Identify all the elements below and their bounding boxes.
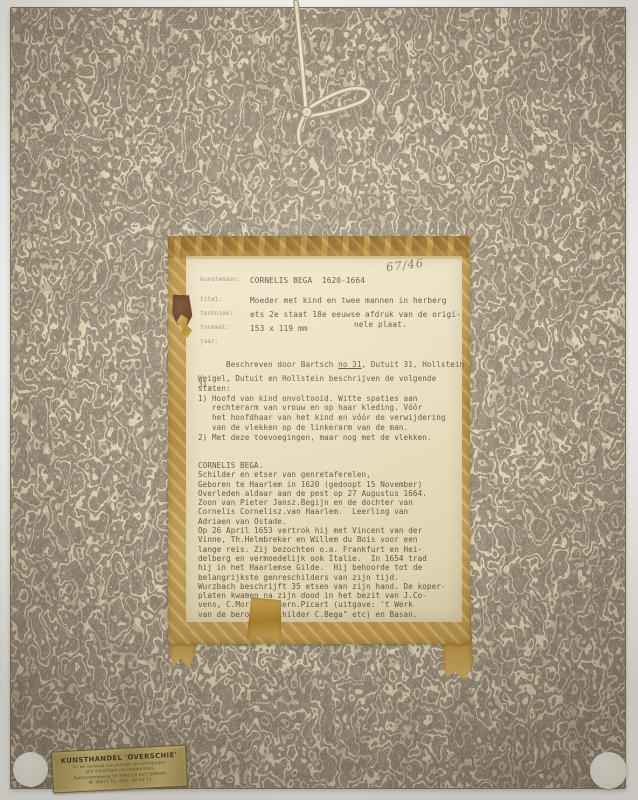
dealer-plaque: KUNSTHANDEL 'OVERSCHIE' in- en verkoop v… — [51, 744, 188, 793]
photograph-of-artwork-verso: 67/46 kunstenaar: CORNELIS BEGA 1620-166… — [0, 0, 638, 800]
field-label: titel: — [200, 297, 222, 303]
hanging-string — [0, 0, 638, 200]
text-line: platen kwamen na zijn dood in het bezit … — [198, 591, 446, 600]
text-line: vens, C.Mortier, Bern.Picart (uitgave: '… — [198, 600, 446, 609]
small-tape-patch — [247, 597, 283, 641]
field-value: CORNELIS BEGA 1620-1664 — [250, 276, 365, 285]
reference-text: , Dutuit 31, Hollstein — [362, 360, 465, 369]
text-line: Zoon van Pieter Jansz.Begijn en de docht… — [198, 498, 446, 507]
field-label: techniek: — [200, 311, 233, 317]
field-value: 153 x 119 mm — [250, 324, 308, 333]
field-value: Moeder met kind en twee mannen in herber… — [250, 296, 447, 305]
field-label: jaar: — [200, 339, 218, 345]
field-year: jaar: — [186, 338, 462, 348]
text-line: Cornelis Cornelisz.van Haarlem. Leerling… — [198, 507, 446, 516]
field-size: formaat: 153 x 119 mm — [186, 324, 462, 334]
text-line: Overleden aldaar aan de pest op 27 Augus… — [198, 489, 446, 498]
catalog-card: 67/46 kunstenaar: CORNELIS BEGA 1620-166… — [186, 256, 462, 622]
text-line: CORNELIS BEGA. — [198, 461, 446, 470]
text-line: van de vlekken op de linkerarm van de ma… — [198, 423, 446, 433]
states-description: Weigel, Dutuit en Hollstein beschrijven … — [198, 374, 446, 443]
text-line: Vinne, Th.Helmbreker en Willem du Bois v… — [198, 535, 446, 544]
text-line: staten: — [198, 384, 446, 394]
text-line: belangrijkste genreschilders van zijn ti… — [198, 573, 446, 582]
field-technique: techniek: ets 2e staat 18e eeuwse afdruk… — [186, 310, 462, 320]
text-line: Weigel, Dutuit en Hollstein beschrijven … — [198, 374, 446, 384]
text-line: 1) Hoofd van kind onvoltooid. Witte spat… — [198, 394, 446, 404]
reference-text: Beschreven door Bartsch — [226, 360, 338, 369]
field-label: formaat: — [200, 325, 230, 331]
round-sticker-left — [13, 752, 48, 787]
text-line: Schilder en etser van genretaferelen, — [198, 470, 446, 479]
text-line: Wurzbach beschrijft 35 etsen van zijn ha… — [198, 582, 446, 591]
field-value: ets 2e staat 18e eeuwse afdruk van de or… — [250, 310, 461, 319]
field-label: kunstenaar: — [200, 277, 241, 283]
text-line: het hoofdhaar van het kind en vóór de ve… — [198, 413, 446, 423]
reference-number-underlined: no 31 — [338, 360, 361, 369]
text-line: hij in het Haarlemse Gilde. Hij behoorde… — [198, 563, 446, 572]
text-line: delberg en vermoedelijk ook Italie. In 1… — [198, 554, 446, 563]
field-title: titel: Moeder met kind en twee mannen in… — [186, 296, 462, 306]
field-artist: kunstenaar: CORNELIS BEGA 1620-1664 — [186, 276, 462, 286]
artist-biography: CORNELIS BEGA.Schilder en etser van genr… — [198, 461, 446, 619]
text-line: 2) Met deze toevoegingen, maar nog met d… — [198, 433, 446, 443]
text-line: Adriaen van Ostade. — [198, 517, 446, 526]
text-line: van de beroemde Schilder C.Bega" etc) en… — [198, 610, 446, 619]
text-line: Op 26 April 1653 vertrok hij met Vincent… — [198, 526, 446, 535]
text-line: lange reis. Zij bezochten o.a. Frankfurt… — [198, 545, 446, 554]
text-line: Geboren te Haarlem in 1620 (gedoopt 15 N… — [198, 480, 446, 489]
round-sticker-right — [590, 752, 627, 789]
text-line: rechterarm van vrouw en op haar kleding.… — [198, 403, 446, 413]
tape-overhang — [182, 251, 466, 259]
